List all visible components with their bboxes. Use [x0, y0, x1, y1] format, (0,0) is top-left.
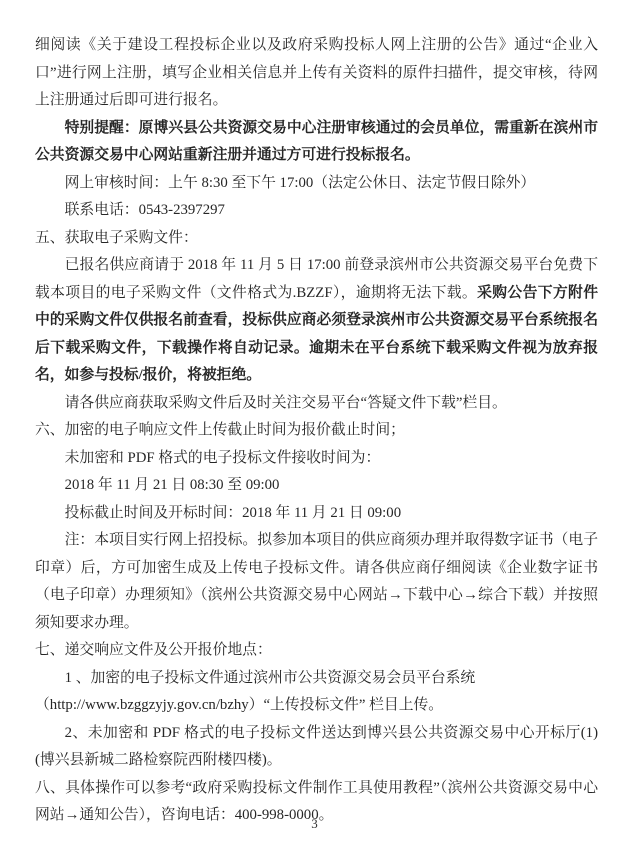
paragraph-upload-url: （http://www.bzggzyjy.gov.cn/bzhy）“上传投标文件… [35, 692, 598, 720]
paragraph-file-download-instructions: 已报名供应商请于 2018 年 11 月 5 日 17:00 前登录滨州市公共资… [35, 252, 598, 390]
paragraph-receive-time-value: 2018 年 11 月 21 日 08:30 至 09:00 [35, 472, 598, 500]
paragraph-bid-deadline: 投标截止时间及开标时间：2018 年 11 月 21 日 09:00 [35, 500, 598, 528]
paragraph-qa-notice: 请各供应商获取采购文件后及时关注交易平台“答疑文件下载”栏目。 [35, 390, 598, 418]
section-5-heading: 五、获取电子采购文件： [35, 225, 598, 253]
paragraph-digital-cert-note: 注：本项目实行网上招投标。拟参加本项目的供应商须办理并取得数字证书（电子印章）后… [35, 527, 598, 637]
paragraph-contact-phone: 联系电话：0543-2397297 [35, 197, 598, 225]
page-number: 3 [0, 816, 629, 832]
paragraph-encrypted-upload: 1 、加密的电子投标文件通过滨州市公共资源交易会员平台系统 [35, 665, 598, 693]
paragraph-review-hours: 网上审核时间：上午 8:30 至下午 17:00（法定公休日、法定节假日除外） [35, 170, 598, 198]
document-body: 细阅读《关于建设工程投标企业以及政府采购投标人网上注册的公告》通过“企业入口”进… [35, 32, 598, 830]
paragraph-special-reminder: 特别提醒：原博兴县公共资源交易中心注册审核通过的会员单位，需重新在滨州市公共资源… [35, 115, 598, 170]
section-7-heading: 七、递交响应文件及公开报价地点： [35, 637, 598, 665]
document-page: 细阅读《关于建设工程投标企业以及政府采购投标人网上注册的公告》通过“企业入口”进… [0, 0, 629, 868]
paragraph-receive-time-label: 未加密和 PDF 格式的电子投标文件接收时间为： [35, 445, 598, 473]
paragraph-offline-delivery: 2、未加密和 PDF 格式的电子投标文件送达到博兴县公共资源交易中心开标厅(1)… [35, 720, 598, 775]
paragraph-registration-instructions: 细阅读《关于建设工程投标企业以及政府采购投标人网上注册的公告》通过“企业入口”进… [35, 32, 598, 115]
section-6-heading: 六、加密的电子响应文件上传截止时间为报价截止时间； [35, 417, 598, 445]
